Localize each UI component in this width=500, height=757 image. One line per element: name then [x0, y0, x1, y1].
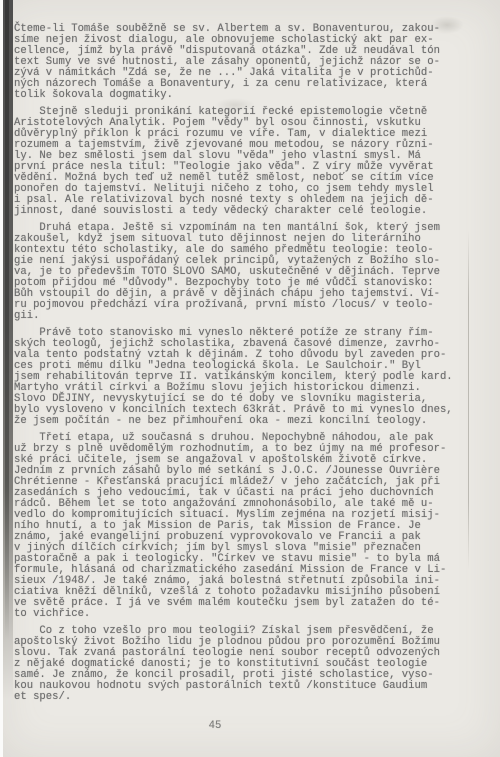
text-line: gii.	[14, 311, 484, 322]
text-line: jinnost, dané souvislosti a tedy vědecký…	[14, 206, 484, 217]
text-line: to vichřice.	[14, 609, 484, 620]
paragraph: Čteme-li Tomáše souběžně se sv. Albertem…	[14, 24, 484, 101]
scanned-page: Čteme-li Tomáše souběžně se sv. Albertem…	[0, 0, 500, 757]
text-line: že jsem počítán - ne bez přimhouření oka…	[14, 416, 484, 427]
paragraph: Co z toho vzešlo pro mou teologii? Získa…	[14, 626, 484, 703]
paragraph: Druhá etapa. Ještě si vzpomínám na ten m…	[14, 223, 484, 322]
left-binding-shadow-core	[5, 0, 9, 640]
page-number: 45	[0, 720, 430, 732]
text-line: ru pojmovou předchází víra prožívaná, pr…	[14, 300, 484, 311]
text-line: kou naukovou hodnotu svých pastorálních …	[14, 681, 484, 692]
document-text: Čteme-li Tomáše souběžně se sv. Albertem…	[14, 24, 484, 703]
text-line: et spes/.	[14, 692, 484, 703]
paragraph: Stejně sleduji pronikání kategorií řecké…	[14, 107, 484, 217]
paragraph: Třetí etapa, už současná s druhou. Nepoc…	[14, 433, 484, 620]
paragraph: Právě toto stanovisko mi vyneslo některé…	[14, 328, 484, 427]
text-line: tolik šokovala dogmatiky.	[14, 90, 484, 101]
